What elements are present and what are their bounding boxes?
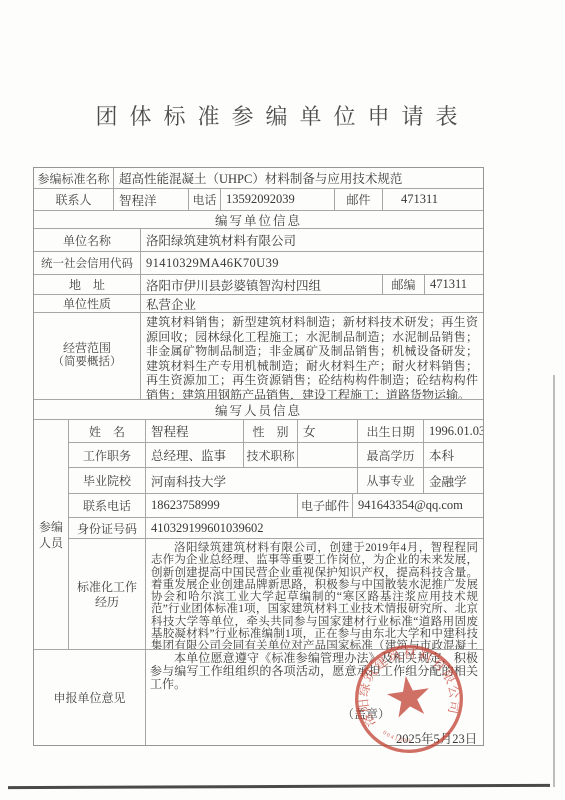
birth-date-value: 1996.01.03 xyxy=(424,420,483,442)
major-label: 从事专业 xyxy=(358,468,424,493)
address-label: 地 址 xyxy=(34,275,141,294)
gender-value: 女 xyxy=(298,420,358,442)
degree-value: 本科 xyxy=(424,443,483,467)
table-row: 申报单位意见 本单位愿意遵守《标准参编管理办法》及相关规定，积极参与编写工作组组… xyxy=(34,650,483,745)
email-label: 电子邮件 xyxy=(298,494,353,517)
unit-section-title: 编写单位信息 xyxy=(34,211,483,228)
table-row: 工作职务 总经理、监事 技术职称 最高学历 本科 xyxy=(69,443,483,468)
table-row: 标准化工作经历 洛阳绿筑建筑材料有限公司，创建于2019年4月，智程程同志作为企… xyxy=(69,539,483,649)
email-value: 941643354@qq.com xyxy=(353,494,483,517)
table-row: 编写单位信息 xyxy=(34,211,483,229)
table-row: 毕业院校 河南科技大学 从事专业 金融学 xyxy=(69,468,483,494)
credit-code-label: 统一社会信用代码 xyxy=(34,252,141,274)
major-value: 金融学 xyxy=(424,468,483,493)
contact-phone-value: 13592092039 xyxy=(221,189,335,210)
opinion-statement: 本单位愿意遵守《标准参编管理办法》及相关规定，积极参与编写工作组组织的各项活动，… xyxy=(150,652,478,691)
table-row: 经营范围 （简要概括） 建筑材料销售；新型建筑材料制造；新材料技术研发；再生资源… xyxy=(34,313,483,400)
personnel-group-body: 姓 名 智程程 性 别 女 出生日期 1996.01.03 工作职务 总经理、监… xyxy=(69,420,483,649)
person-name-value: 智程程 xyxy=(146,420,244,442)
job-label: 工作职务 xyxy=(69,443,146,467)
table-row: 单位性质 私营企业 xyxy=(34,295,483,313)
personnel-section-title: 编写人员信息 xyxy=(34,400,483,419)
table-row: 姓 名 智程程 性 别 女 出生日期 1996.01.03 xyxy=(69,420,483,443)
contact-name-value: 智程洋 xyxy=(114,189,189,210)
contact-mail-value: 471311 xyxy=(383,189,483,210)
school-value: 河南科技大学 xyxy=(146,468,358,493)
tech-title-label: 技术职称 xyxy=(244,443,298,467)
school-label: 毕业院校 xyxy=(69,468,146,493)
scope-value: 建筑材料销售；新型建筑材料制造；新材料技术研发；再生资源回收；园林绿化工程施工；… xyxy=(141,313,483,399)
id-number-label: 身份证号码 xyxy=(69,518,146,538)
contact-mail-label: 邮件 xyxy=(335,189,383,210)
seal-hint-label: （盖章） xyxy=(342,705,390,722)
scope-label: 经营范围 （简要概括） xyxy=(34,313,141,399)
unit-name-value: 洛阳绿筑建筑材料有限公司 xyxy=(141,229,483,251)
gender-label: 性 别 xyxy=(244,420,298,442)
unit-nature-value: 私营企业 xyxy=(141,295,483,312)
table-row: 联系人 智程洋 电话 13592092039 邮件 471311 xyxy=(34,189,483,211)
unit-name-label: 单位名称 xyxy=(34,229,141,251)
experience-label: 标准化工作经历 xyxy=(69,539,146,649)
credit-code-value: 91410329MA46K70U39 xyxy=(141,252,483,274)
experience-value: 洛阳绿筑建筑材料有限公司，创建于2019年4月，智程程同志作为企业总经理、监事等… xyxy=(146,539,483,649)
page-title: 团体标准参编单位申请表 xyxy=(0,100,565,131)
scanned-application-form-page: 团体标准参编单位申请表 参编标准名称 超高性能混凝土（UHPC）材料制备与应用技… xyxy=(0,0,565,800)
person-name-label: 姓 名 xyxy=(69,420,146,442)
personnel-group-label: 参编人员 xyxy=(34,420,69,649)
birth-date-label: 出生日期 xyxy=(358,420,424,442)
opinion-label: 申报单位意见 xyxy=(34,650,146,745)
table-row: 参编标准名称 超高性能混凝土（UHPC）材料制备与应用技术规范 xyxy=(34,168,483,189)
table-row: 单位名称 洛阳绿筑建筑材料有限公司 xyxy=(34,229,483,252)
personnel-group: 参编人员 姓 名 智程程 性 别 女 出生日期 1996.01.03 工作职务 … xyxy=(34,420,483,650)
contact-label: 联系人 xyxy=(34,189,114,210)
person-phone-value: 18623758999 xyxy=(146,494,298,517)
id-number-value: 410329199601039602 xyxy=(146,518,483,538)
standard-name-value: 超高性能混凝土（UHPC）材料制备与应用技术规范 xyxy=(114,168,483,188)
contact-phone-label: 电话 xyxy=(189,189,221,210)
degree-label: 最高学历 xyxy=(358,443,424,467)
person-phone-label: 联系电话 xyxy=(69,494,146,517)
unit-nature-label: 单位性质 xyxy=(34,295,141,312)
scan-page-right-edge xyxy=(553,375,555,787)
table-row: 地 址 洛阳市伊川县彭婆镇智沟村四组 邮编 471311 xyxy=(34,275,483,295)
table-row: 统一社会信用代码 91410329MA46K70U39 xyxy=(34,252,483,275)
postcode-value: 471311 xyxy=(425,275,483,294)
postcode-label: 邮编 xyxy=(383,275,425,294)
tech-title-value xyxy=(298,443,358,467)
opinion-date: 2025年5月23日 xyxy=(396,729,477,745)
address-value: 洛阳市伊川县彭婆镇智沟村四组 xyxy=(141,275,383,294)
scope-label-line1: 经营范围 xyxy=(34,341,140,355)
application-table: 参编标准名称 超高性能混凝土（UHPC）材料制备与应用技术规范 联系人 智程洋 … xyxy=(33,167,484,746)
table-row: 身份证号码 410329199601039602 xyxy=(69,518,483,539)
table-row: 编写人员信息 xyxy=(34,400,483,420)
job-value: 总经理、监事 xyxy=(146,443,244,467)
opinion-cell: 本单位愿意遵守《标准参编管理办法》及相关规定，积极参与编写工作组组织的各项活动，… xyxy=(146,650,483,745)
scope-label-line2: （简要概括） xyxy=(34,355,140,369)
standard-name-label: 参编标准名称 xyxy=(34,168,114,188)
scan-page-bottom-edge xyxy=(8,784,550,789)
table-row: 联系电话 18623758999 电子邮件 941643354@qq.com xyxy=(69,494,483,518)
